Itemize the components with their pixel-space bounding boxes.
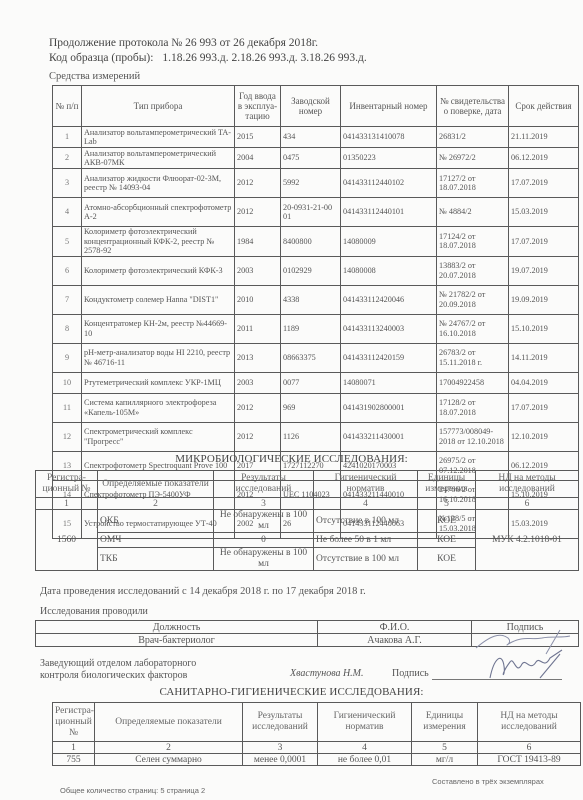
instrument-number: 9 [53,343,82,372]
protocol-continuation-title: Продолжение протокола № 26 993 от 26 дек… [49,37,318,49]
micro-index-cell: 2 [98,498,214,510]
instrument-number: 8 [53,314,82,343]
instrument-serial: 434 [281,127,341,148]
instrument-validity: 15.03.2019 [509,198,579,227]
instrument-validity: 04.04.2019 [509,372,579,393]
micro-norm: Не более 50 в 1 мл [314,533,418,548]
micro-norm: Отсутствие в 100 мл [314,510,418,533]
micro-col-method: НД на методы исследований [476,471,579,498]
instrument-year: 2010 [235,285,281,314]
micro-result: Не обнаружены в 100 мл [214,510,314,533]
instrument-certificate: 17004922458 [437,372,509,393]
san-col-norm: Гигиенический норматив [318,703,412,742]
instrument-certificate: 26783/2 от 15.11.2018 г. [437,343,509,372]
instrument-row: 9pH-метр-анализатор воды HI 2210, реестр… [53,343,579,372]
micro-header-row: Регистра-ционный № Определяемые показате… [36,471,579,498]
footer-copies: Составлено в трёх экземплярах [432,777,544,786]
instrument-number: 7 [53,285,82,314]
head-signature-line [432,679,562,680]
instrument-serial: 0102929 [281,256,341,285]
col-header-year: Год ввода в эксплуа-тацию [235,86,281,127]
micro-col-unit: Единицы измерения [418,471,476,498]
sanitary-header-row: Регистра-ционный № Определяемые показате… [53,703,581,742]
instrument-row: 8Концентратомер КН-2м, реестр №44669-102… [53,314,579,343]
instrument-inventory: 01350223 [341,148,437,169]
micro-indicator: ТКБ [98,548,214,571]
instrument-serial: 8400800 [281,227,341,257]
instrument-row: 6Колориметр фотоэлектрический КФК-320030… [53,256,579,285]
instrument-row: 12Спектрометрический комплекс "Прогресс"… [53,422,579,451]
footer-page-count: Общее количество страниц: 5 страница 2 [60,786,205,795]
micro-unit: КОЕ [418,548,476,571]
instrument-certificate: 13883/2 от 20.07.2018 [437,256,509,285]
instrument-type: Кондуктометр солемер Hanna "DIST1" [82,285,235,314]
instrument-validity: 15.10.2019 [509,314,579,343]
sample-code-values: 1.18.26 993.д. 2.18.26 993.д. 3.18.26 99… [162,52,366,64]
protocol-page: Продолжение протокола № 26 993 от 26 дек… [0,0,583,800]
instrument-validity: 19.09.2019 [509,285,579,314]
san-col-indicator: Определяемые показатели [95,703,243,742]
instrument-validity: 21.11.2019 [509,127,579,148]
instrument-type: Колориметр фотоэлектрический концентраци… [82,227,235,257]
san-col-unit: Единицы измерения [412,703,478,742]
micro-unit: КОЕ [418,510,476,533]
san-index-cell: 1 [53,742,95,754]
instrument-inventory: 041433112420159 [341,343,437,372]
sanitary-row: 755 Селен суммарно менее 0,0001 не более… [53,754,581,766]
instrument-number: 3 [53,169,82,198]
instrument-inventory: 041433113240003 [341,314,437,343]
instrument-row: 7Кондуктометр солемер Hanna "DIST1"20104… [53,285,579,314]
instrument-certificate: 17127/2 от 18.07.2018 [437,169,509,198]
instrument-certificate: № 24767/2 от 16.10.2018 [437,314,509,343]
instrument-year: 2012 [235,422,281,451]
instrument-validity: 12.10.2019 [509,422,579,451]
instrument-row: 5Колориметр фотоэлектрический концентрац… [53,227,579,257]
sample-code-label: Код образца (пробы): [49,52,153,64]
san-method: ГОСТ 19413-89 [478,754,581,766]
instrument-type: Система капиллярного электрофореза «Капе… [82,393,235,422]
instrument-validity: 17.07.2019 [509,169,579,198]
col-header-serial: Заводской номер [281,86,341,127]
micro-result: Не обнаружены в 100 мл [214,548,314,571]
instrument-year: 2015 [235,127,281,148]
instrument-type: Анализатор вольтамперометрический TA-Lab [82,127,235,148]
micro-row: 1560 ОКБ Не обнаружены в 100 мл Отсутств… [36,510,579,533]
staff-col-signature: Подпись [472,621,579,634]
instrument-validity: 17.07.2019 [509,227,579,257]
micro-method: МУК 4.2.1018-01 [476,510,579,571]
research-dates: Дата проведения исследований с 14 декабр… [40,586,366,597]
instrument-number: 11 [53,393,82,422]
micro-index-cell: 4 [314,498,418,510]
micro-index-cell: 5 [418,498,476,510]
staff-col-position: Должность [36,621,318,634]
micro-index-cell: 6 [476,498,579,510]
instrument-year: 1984 [235,227,281,257]
instrument-serial: 0475 [281,148,341,169]
san-norm: не более 0,01 [318,754,412,766]
instrument-year: 2003 [235,256,281,285]
san-index-cell: 5 [412,742,478,754]
micro-col-norm: Гигиенический норматив [314,471,418,498]
micro-result: 0 [214,533,314,548]
instrument-inventory: 041433131410078 [341,127,437,148]
instruments-title: Средства измерений [49,71,140,82]
san-col-method: НД на методы исследований [478,703,581,742]
instrument-inventory: 14080008 [341,256,437,285]
san-indicator: Селен суммарно [95,754,243,766]
staff-title: Исследования проводили [40,606,148,617]
instrument-validity: 06.12.2019 [509,148,579,169]
col-header-inventory: Инвентарный номер [341,86,437,127]
staff-position: Врач-бактериолог [36,634,318,647]
micro-indicator: ОКБ [98,510,214,533]
instrument-type: Ртутеметрический комплекс УКР-1МЦ [82,372,235,393]
col-header-number: № п/п [53,86,82,127]
micro-section-title: МИКРОБИОЛОГИЧЕСКИЕ ИССЛЕДОВАНИЯ: [0,453,583,465]
instrument-number: 4 [53,198,82,227]
instrument-year: 2004 [235,148,281,169]
instrument-certificate: 17124/2 от 18.07.2018 [437,227,509,257]
instrument-serial: 08663375 [281,343,341,372]
col-header-validity: Срок действия [509,86,579,127]
col-header-device-type: Тип прибора [82,86,235,127]
staff-col-name: Ф.И.О. [318,621,472,634]
head-name: Хвастунова Н.М. [290,668,364,679]
instrument-row: 4Атомно-абсорбционный спектрофотометр А-… [53,198,579,227]
instrument-inventory: 041433112440102 [341,169,437,198]
instrument-validity: 19.07.2019 [509,256,579,285]
head-title-line1: Заведующий отделом лабораторного [40,658,196,669]
instrument-row: 11Система капиллярного электрофореза «Ка… [53,393,579,422]
san-reg-number: 755 [53,754,95,766]
sanitary-table: Регистра-ционный № Определяемые показате… [52,702,581,766]
micro-col-indicator: Определяемые показатели [98,471,214,498]
instrument-inventory: 14080009 [341,227,437,257]
instrument-row: 10Ртутеметрический комплекс УКР-1МЦ20030… [53,372,579,393]
instrument-type: pH-метр-анализатор воды HI 2210, реестр … [82,343,235,372]
instrument-row: 2Анализатор вольтамперометрический АКВ-0… [53,148,579,169]
instrument-number: 2 [53,148,82,169]
instrument-type: Анализатор жидкости Флюорат-02-3М, реест… [82,169,235,198]
micro-col-reg: Регистра-ционный № [36,471,98,498]
micro-norm: Отсутствие в 100 мл [314,548,418,571]
staff-name: Ачакова А.Г. [318,634,472,647]
instrument-serial: 4338 [281,285,341,314]
instrument-year: 2003 [235,372,281,393]
instrument-inventory: 041433211430001 [341,422,437,451]
instruments-header-row: № п/п Тип прибора Год ввода в эксплуа-та… [53,86,579,127]
instrument-serial: 20-0931-21-00 01 [281,198,341,227]
micro-index-cell: 3 [214,498,314,510]
sample-code-line: Код образца (пробы): 1.18.26 993.д. 2.18… [49,52,367,64]
instrument-number: 5 [53,227,82,257]
instrument-certificate: 26831/2 [437,127,509,148]
instrument-certificate: № 21782/2 от 20.09.2018 [437,285,509,314]
staff-row: Врач-бактериолог Ачакова А.Г. [36,634,579,647]
instrument-number: 12 [53,422,82,451]
instrument-certificate: № 4884/2 [437,198,509,227]
instrument-type: Колориметр фотоэлектрический КФК-3 [82,256,235,285]
instrument-serial: 1126 [281,422,341,451]
instrument-inventory: 041433112440101 [341,198,437,227]
sanitary-index-row: 1 2 3 4 5 6 [53,742,581,754]
micro-index-cell: 1 [36,498,98,510]
col-header-certificate: № свидетельства о поверке, дата [437,86,509,127]
san-result: менее 0,0001 [243,754,318,766]
instrument-type: Атомно-абсорбционный спектрофотометр А-2 [82,198,235,227]
instrument-type: Спектрометрический комплекс "Прогресс" [82,422,235,451]
instrument-validity: 17.07.2019 [509,393,579,422]
instrument-serial: 1189 [281,314,341,343]
instrument-year: 2012 [235,393,281,422]
instrument-year: 2012 [235,198,281,227]
instrument-number: 6 [53,256,82,285]
instrument-validity: 14.11.2019 [509,343,579,372]
san-unit: мг/л [412,754,478,766]
san-col-reg: Регистра-ционный № [53,703,95,742]
san-index-cell: 6 [478,742,581,754]
micro-table: Регистра-ционный № Определяемые показате… [35,470,579,571]
micro-index-row: 1 2 3 4 5 6 [36,498,579,510]
san-col-result: Результаты исследований [243,703,318,742]
instrument-year: 2011 [235,314,281,343]
staff-header-row: Должность Ф.И.О. Подпись [36,621,579,634]
micro-indicator: ОМЧ [98,533,214,548]
sanitary-section-title: САНИТАРНО-ГИГИЕНИЧЕСКИЕ ИССЛЕДОВАНИЯ: [0,686,583,698]
instrument-row: 3Анализатор жидкости Флюорат-02-3М, реес… [53,169,579,198]
san-index-cell: 2 [95,742,243,754]
san-index-cell: 4 [318,742,412,754]
head-signature-label: Подпись [392,668,429,679]
micro-col-result: Результаты исследований [214,471,314,498]
head-title-line2: контроля биологических факторов [40,670,187,681]
san-index-cell: 3 [243,742,318,754]
micro-unit: КОЕ [418,533,476,548]
instrument-serial: 5992 [281,169,341,198]
instrument-certificate: № 26972/2 [437,148,509,169]
instrument-type: Анализатор вольтамперометрический АКВ-07… [82,148,235,169]
instrument-certificate: 157773/008049-2018 от 12.10.2018 [437,422,509,451]
instrument-inventory: 041433112420046 [341,285,437,314]
instrument-number: 1 [53,127,82,148]
instrument-row: 1Анализатор вольтамперометрический TA-La… [53,127,579,148]
instrument-inventory: 14080071 [341,372,437,393]
micro-reg-number: 1560 [36,510,98,571]
instrument-certificate: 17128/2 от 18.07.2018 [437,393,509,422]
instrument-year: 2013 [235,343,281,372]
staff-signature-cell [472,634,579,647]
instrument-type: Концентратомер КН-2м, реестр №44669-10 [82,314,235,343]
instrument-serial: 969 [281,393,341,422]
instrument-number: 10 [53,372,82,393]
instrument-year: 2012 [235,169,281,198]
instrument-serial: 0077 [281,372,341,393]
instrument-inventory: 041431902800001 [341,393,437,422]
staff-table: Должность Ф.И.О. Подпись Врач-бактериоло… [35,620,579,647]
